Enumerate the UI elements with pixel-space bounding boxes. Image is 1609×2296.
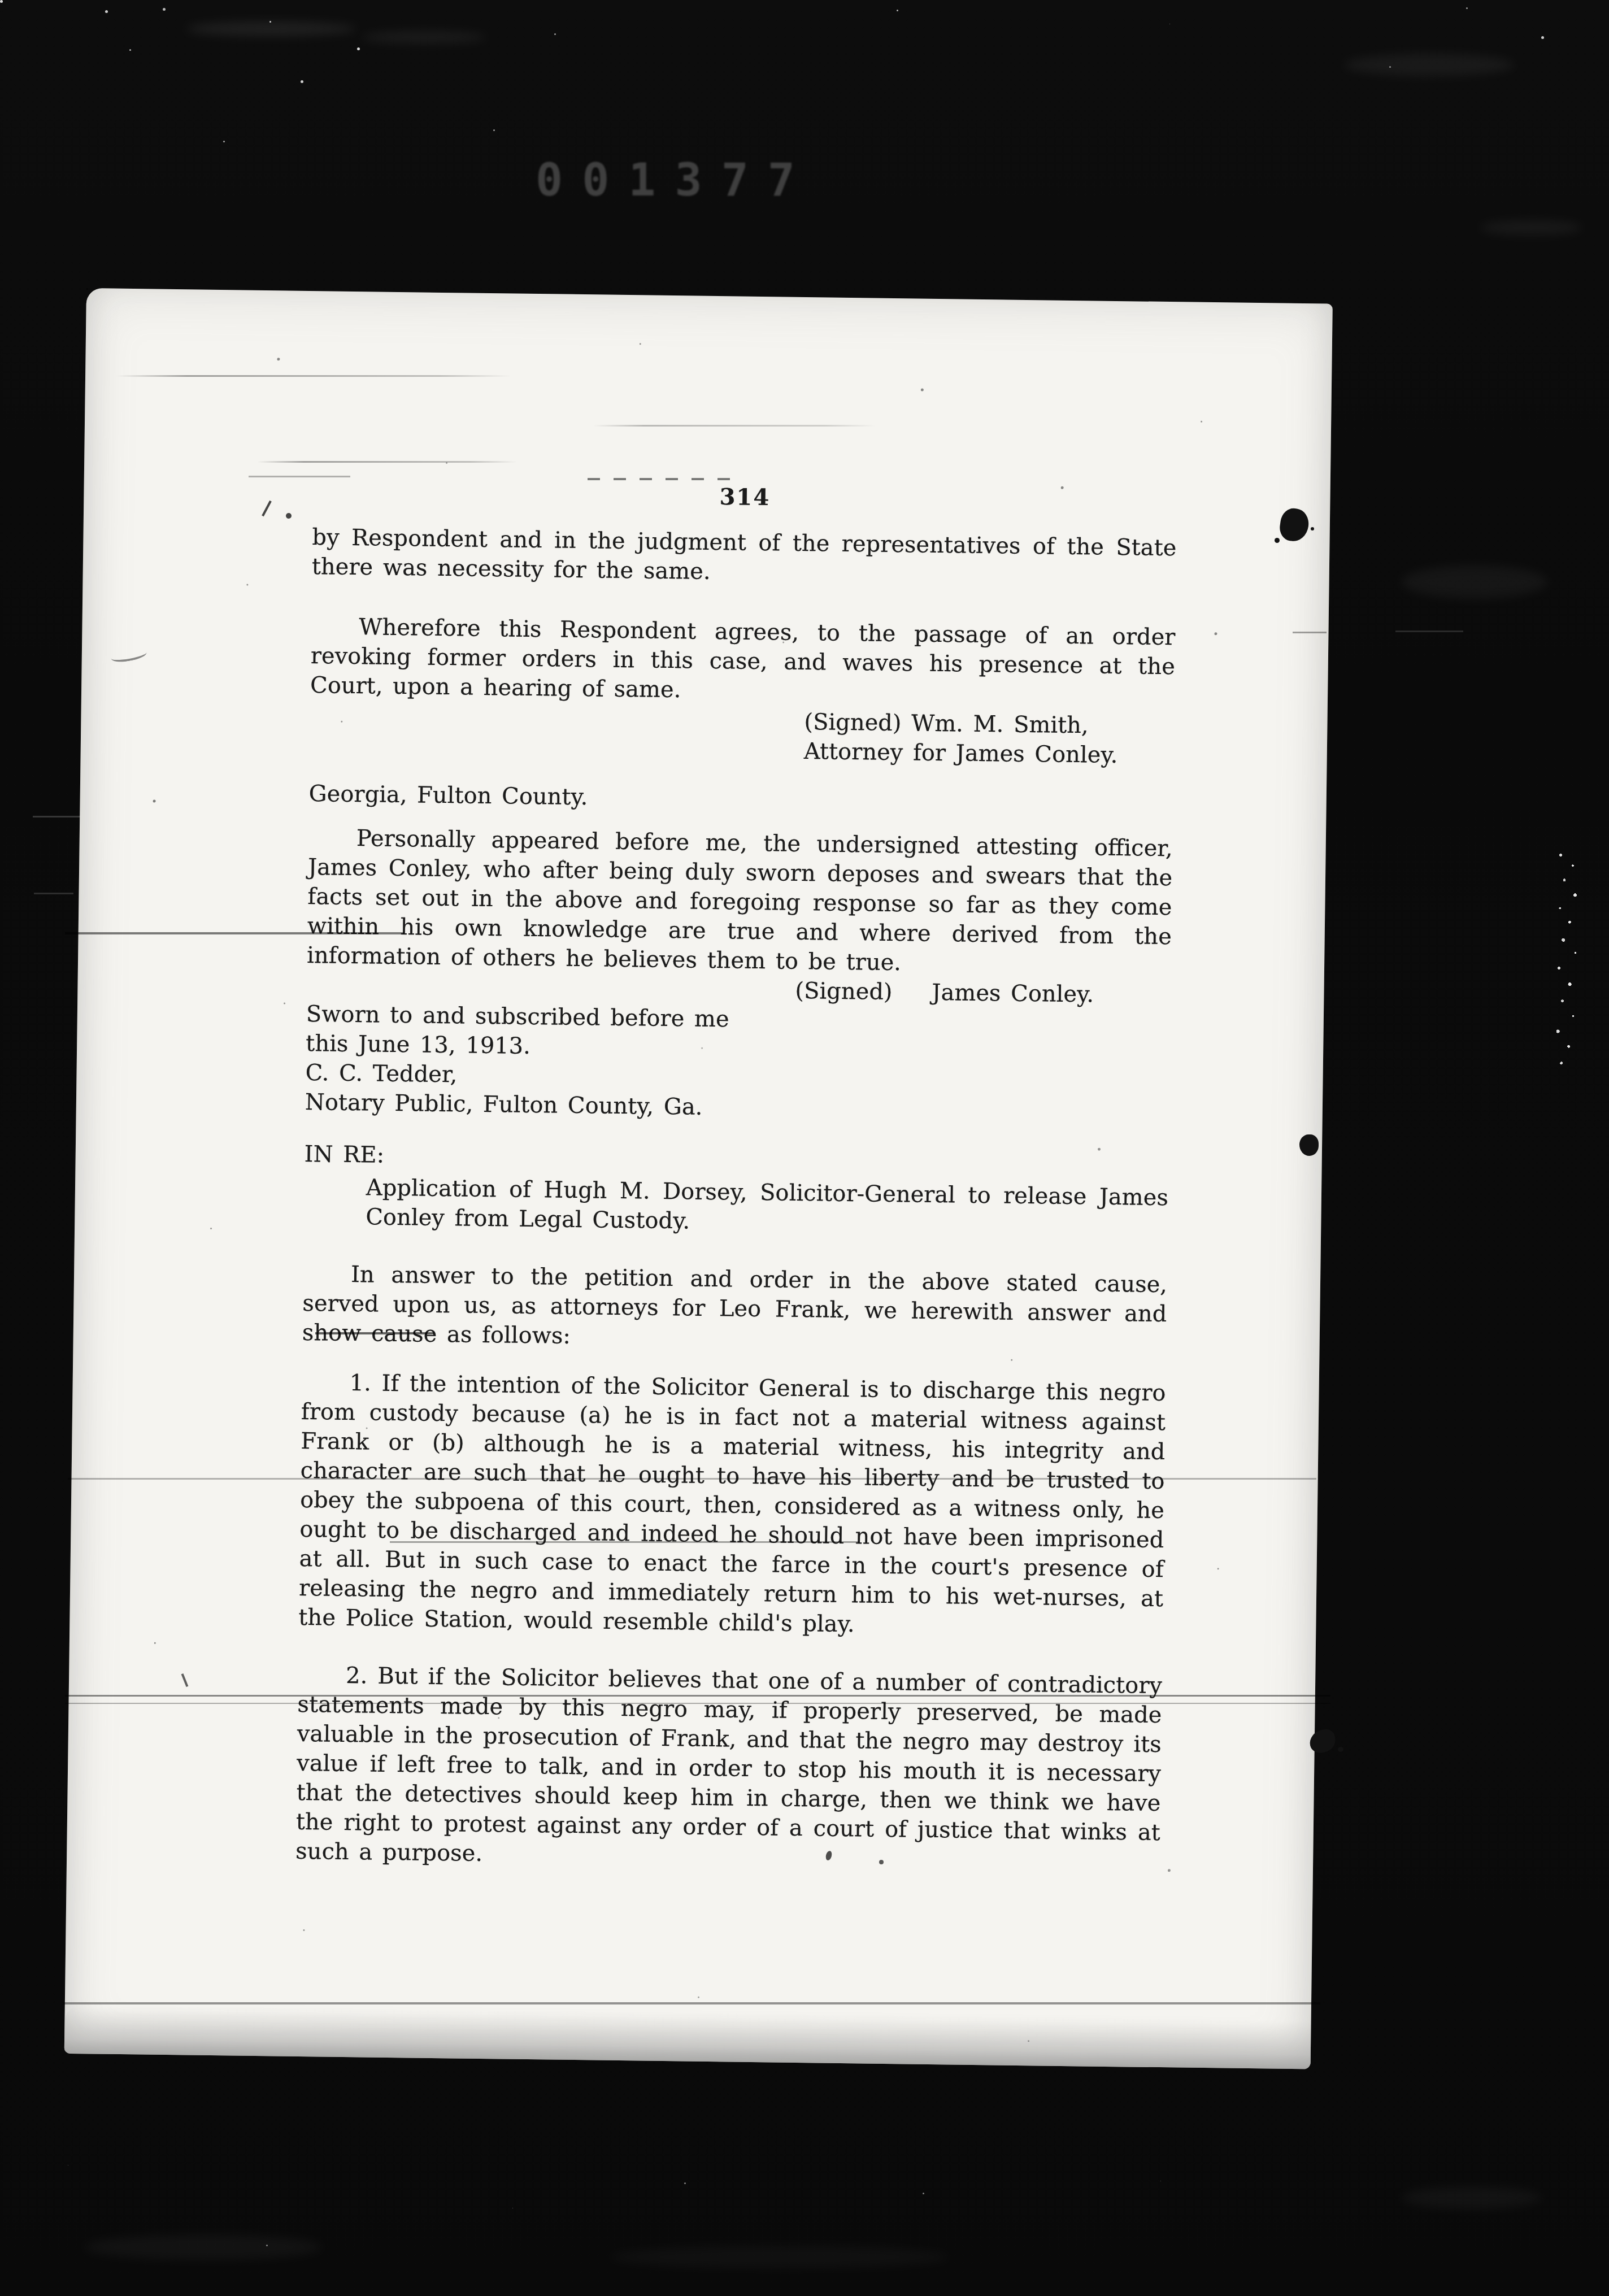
film-dust-specks <box>0 0 3 3</box>
film-smudge <box>1345 54 1514 76</box>
signature-signed-label: (Signed) <box>795 978 893 1005</box>
signature-line-title: Attorney for James Conley. <box>803 737 1174 771</box>
film-smudge <box>1401 565 1548 599</box>
film-scratch <box>33 816 81 817</box>
scratch-line <box>65 1703 1330 1704</box>
strike-line <box>390 1541 859 1543</box>
film-smudge <box>362 31 486 44</box>
scratch-dash <box>249 476 350 477</box>
scratch-line <box>116 375 511 377</box>
paragraph-answer: In answer to the petition and order in t… <box>302 1259 1167 1358</box>
underline-mark <box>315 1332 434 1334</box>
pen-mark <box>286 513 292 519</box>
film-smudge <box>1401 2186 1542 2209</box>
scratch-line <box>257 461 517 463</box>
frame-number-stamp: 001377 <box>536 154 814 206</box>
scratch-line <box>593 425 876 427</box>
ink-blot <box>1338 1747 1343 1752</box>
paragraph-wherefore: Wherefore this Respondent agrees, to the… <box>310 612 1176 711</box>
film-smudge <box>186 21 356 36</box>
signature-block-conley: (Signed)James Conley. <box>795 976 1171 1010</box>
strike-line <box>65 932 404 934</box>
scanned-page: 314 by Respondent and in the judgment of… <box>64 288 1333 2069</box>
paragraph-point-2: 2. But if the Solicitor believes that on… <box>295 1660 1162 1877</box>
film-smudge <box>1480 220 1582 235</box>
ink-blot <box>1311 527 1314 530</box>
signature-block-smith: (Signed) Wm. M. Smith, Attorney for Jame… <box>803 707 1174 771</box>
in-re-text: Application of Hugh M. Dorsey, Solicitor… <box>366 1173 1168 1242</box>
scratch-line <box>1293 632 1327 633</box>
scratch-line <box>68 1478 1316 1480</box>
ink-blot <box>1275 538 1280 543</box>
ink-blot <box>1299 1134 1319 1156</box>
signature-name: James Conley. <box>892 979 1094 1007</box>
scratch-line <box>63 2002 1320 2004</box>
page-dust-specks <box>86 288 88 290</box>
paragraph-point-1: 1. If the intention of the Solicitor Gen… <box>298 1368 1166 1643</box>
notary-block: Sworn to and subscribed before me this J… <box>305 999 1171 1128</box>
film-smudge <box>610 2246 949 2268</box>
scratch-dashes <box>588 478 740 480</box>
microfilm-scan: { "colors": { "film_background": "#0a0a0… <box>0 0 1609 2296</box>
paragraph-respondent: by Respondent and in the judgment of the… <box>312 523 1177 592</box>
signature-line-signed: (Signed) Wm. M. Smith, <box>804 707 1175 741</box>
page-content: 314 by Respondent and in the judgment of… <box>295 477 1177 1877</box>
film-smudge <box>85 2234 322 2260</box>
film-scratch <box>34 893 73 894</box>
scratch-line <box>65 1695 1330 1697</box>
pen-mark <box>879 1860 884 1864</box>
film-scratch <box>1395 630 1463 632</box>
page-number: 314 <box>312 477 1177 518</box>
county-heading: Georgia, Fulton County. <box>308 779 1173 819</box>
paragraph-personally: Personally appeared before me, the under… <box>307 823 1173 981</box>
